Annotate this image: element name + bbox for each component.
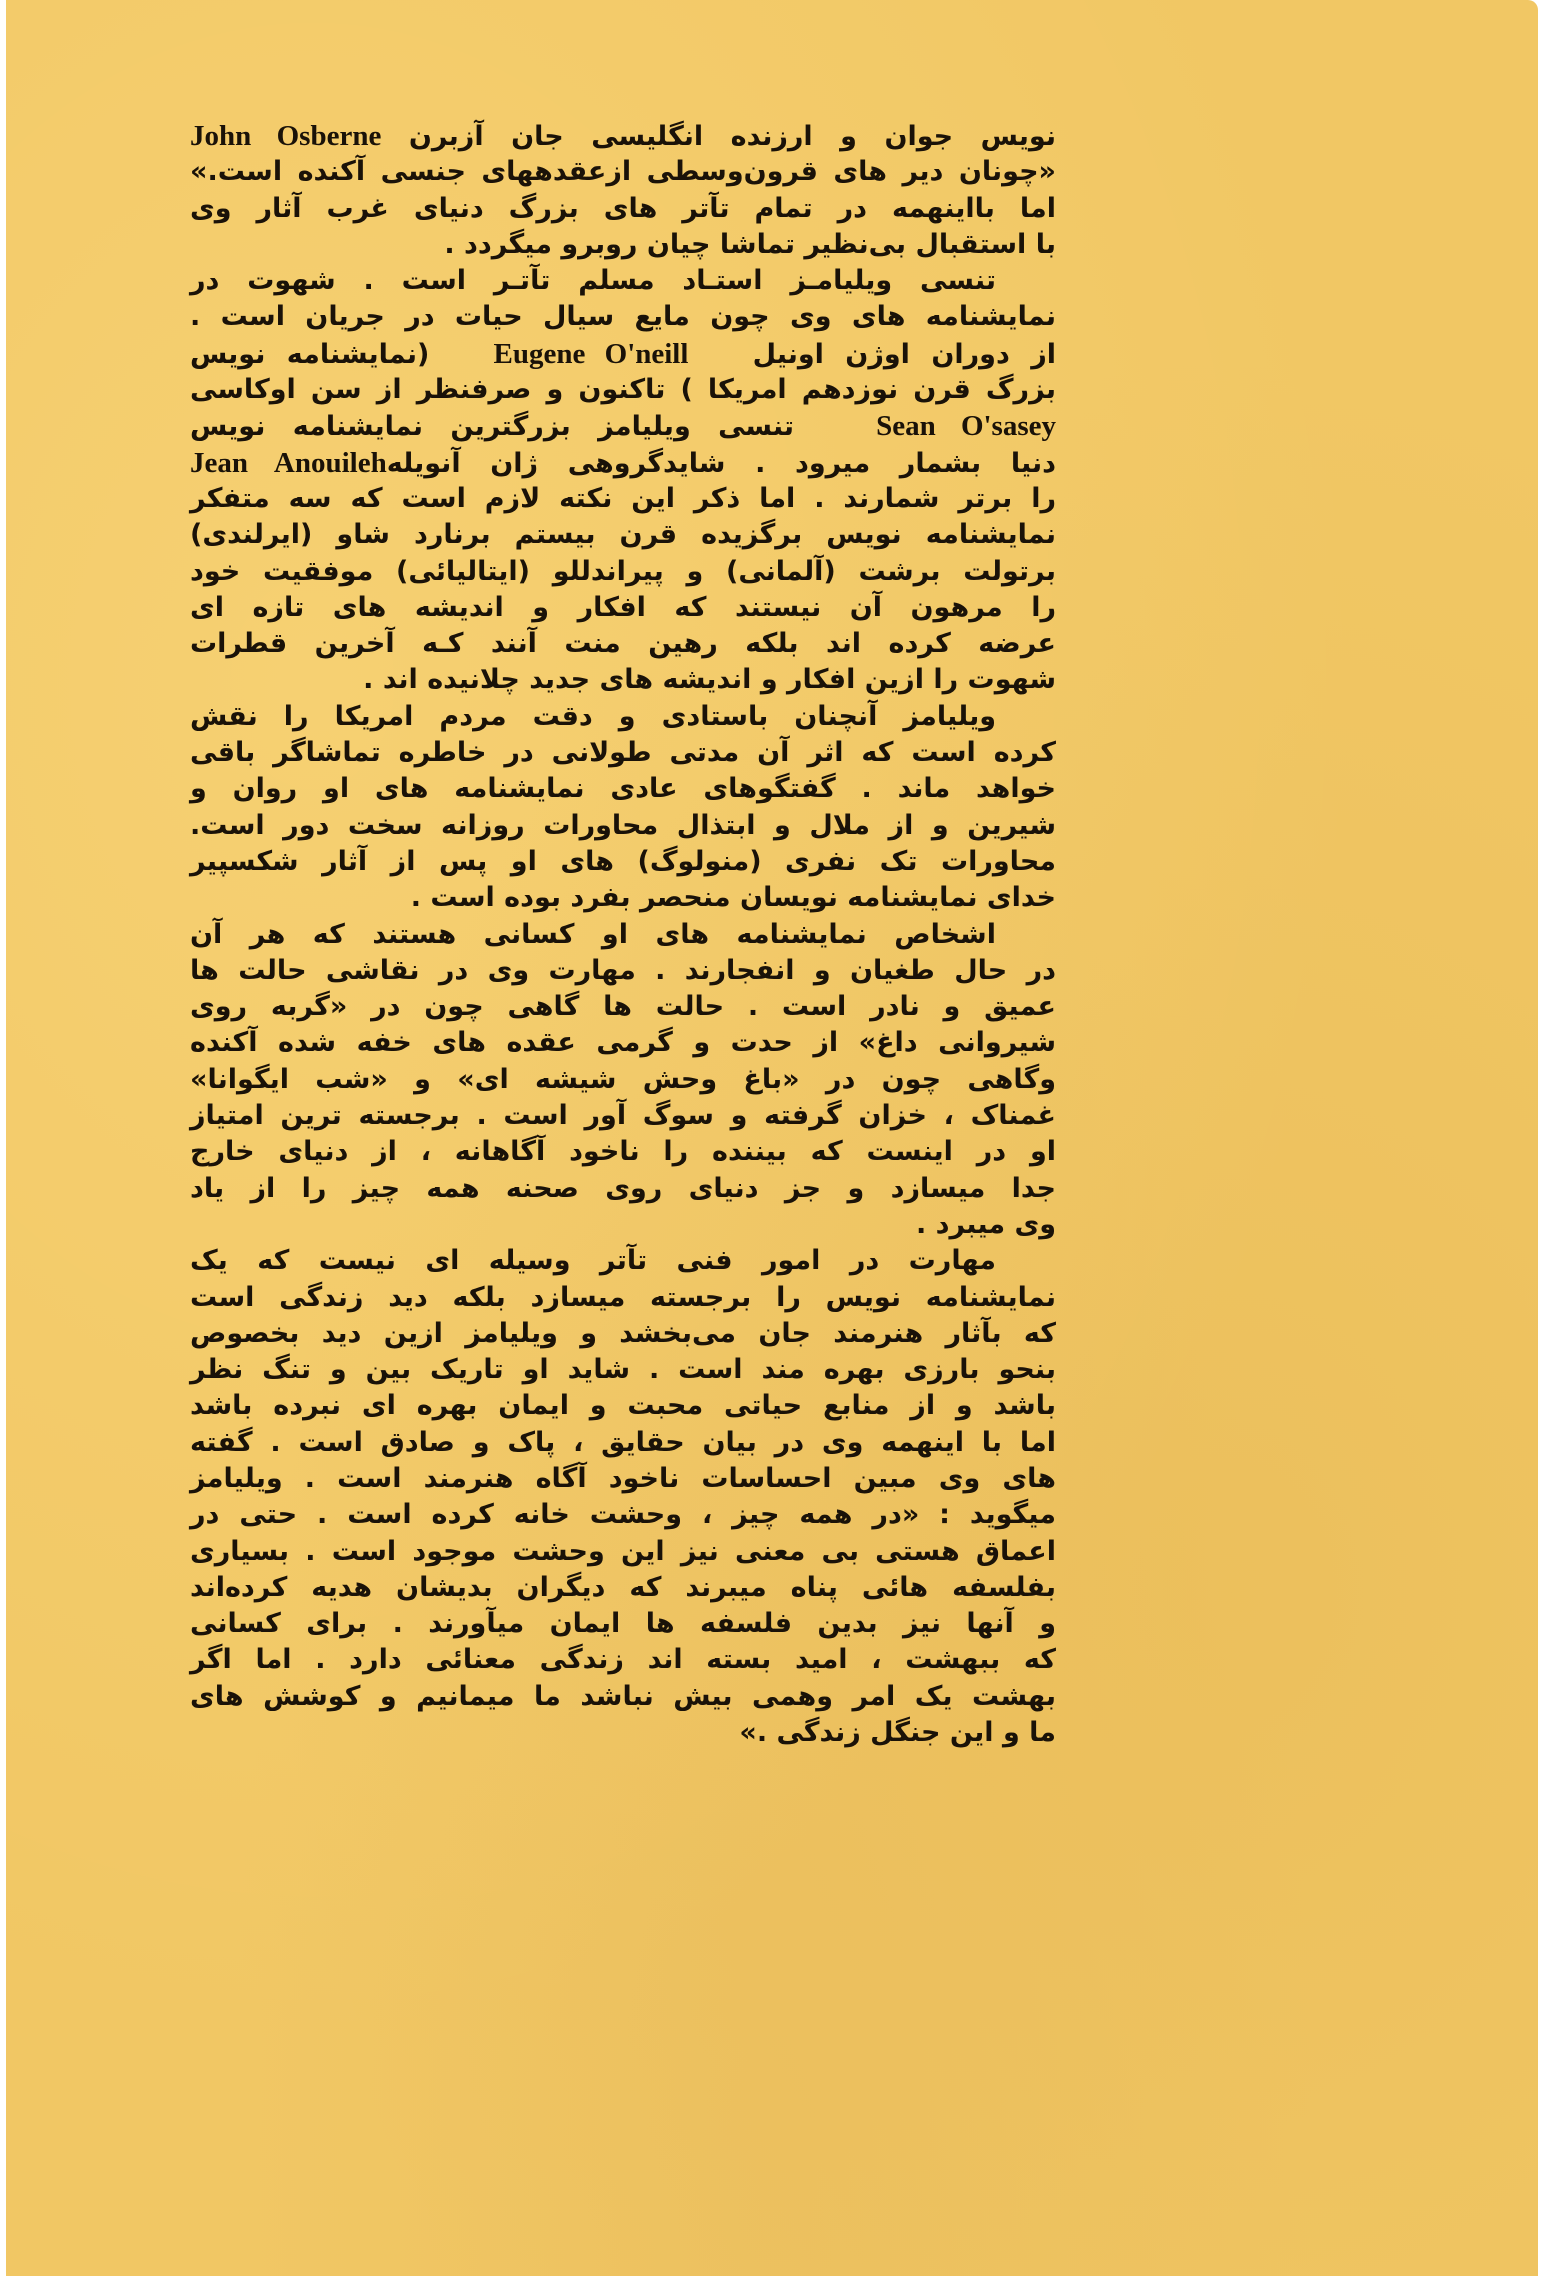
text-line: جدا میسازد و جز دنیای روی صحنه همه چیز ر…: [190, 1171, 1056, 1207]
text-line: در حال طغیان و انفجارند . مهارت وی در نق…: [190, 953, 1056, 989]
text-line: محاورات تک نفری (منولوگ) های او پس از آث…: [190, 844, 1056, 880]
text-line: با استقبال بی‌نظیر تماشا چیان روبرو میگر…: [190, 227, 1056, 263]
text-line: Sean O'sasey تنسی ویلیامز بزرگترین نمایش…: [190, 408, 1056, 444]
text-line: نمایشنامه نویس را برجسته میسازد بلکه دید…: [190, 1280, 1056, 1316]
persian-text: نویس جوان و ارزنده انگلیسی جان آزبرن: [409, 121, 1056, 152]
text-line: و آنها نیز بدین فلسفه ها ایمان میآورند .…: [190, 1606, 1056, 1642]
persian-text: از دوران اوژن اونیل: [753, 339, 1056, 370]
text-line: بهشت یک امر وهمی بیش نباشد ما میمانیم و …: [190, 1679, 1056, 1715]
text-line: بفلسفه هائی پناه میبرند که دیگران بدیشان…: [190, 1570, 1056, 1606]
text-line: از دوران اوژن اونیل Eugene O'neill (نمای…: [190, 336, 1056, 372]
text-line: ما و این جنگل زندگی .»: [190, 1715, 1056, 1751]
text-line: شیرین و از ملال و ابتذال محاورات روزانه …: [190, 808, 1056, 844]
text-line: که ببهشت ، امید بسته اند زندگی معنائی دا…: [190, 1642, 1056, 1678]
persian-text: (نمایشنامه نویس: [190, 339, 429, 370]
article-body: نویس جوان و ارزنده انگلیسی جان آزبرن Joh…: [190, 118, 1056, 1751]
text-line: که بآثار هنرمند جان می‌بخشد و ویلیامز از…: [190, 1316, 1056, 1352]
text-line: بنحو بارزی بهره مند است . شاید او تاریک …: [190, 1352, 1056, 1388]
latin-name-jean-anouileh: Jean Anouileh: [190, 447, 387, 479]
latin-name-john-osberne: John Osberne: [190, 120, 381, 152]
text-line: وی میبرد .: [190, 1207, 1056, 1243]
text-line: خدای نمایشنامه نویسان منحصر بفرد بوده اس…: [190, 880, 1056, 916]
persian-text: تنسی ویلیامز بزرگترین نمایشنامه نویس: [190, 411, 794, 442]
text-line: وگاهی چون در «باغ وحش شیشه ای» و «شب ایگ…: [190, 1062, 1056, 1098]
text-line: دنیا بشمار میرود . شایدگروهی ژان آنویلهJ…: [190, 445, 1056, 481]
text-line: بزرگ قرن نوزدهم امریکا ) تاکنون و صرفنظر…: [190, 372, 1056, 408]
text-line: عرضه کرده اند بلکه رهین منت آنند کـه آخر…: [190, 626, 1056, 662]
paper-page: نویس جوان و ارزنده انگلیسی جان آزبرن Joh…: [6, 0, 1538, 2276]
persian-text: دنیا بشمار میرود . شایدگروهی ژان آنویله: [387, 448, 1056, 479]
text-line: «چونان دیر های قرون‌وسطی ازعقدههای جنسی …: [190, 154, 1056, 190]
text-line: او در اینست که بیننده را ناخود آگاهانه ،…: [190, 1134, 1056, 1170]
text-line: نمایشنامه نویس برگزیده قرن بیستم برنارد …: [190, 517, 1056, 553]
text-line: نمایشنامه های وی چون مایع سیال حیات در ج…: [190, 299, 1056, 335]
text-line: باشد و از منابع حیاتی محبت و ایمان بهره …: [190, 1388, 1056, 1424]
text-line: میگوید : «در همه چیز ، وحشت خانه کرده اس…: [190, 1497, 1056, 1533]
text-line: شهوت را ازین افکار و اندیشه های جدید چلا…: [190, 662, 1056, 698]
text-line: برتولت برشت (آلمانی) و پیراندللو (ایتالی…: [190, 554, 1056, 590]
text-line: را برتر شمارند . اما ذکر این نکته لازم ا…: [190, 481, 1056, 517]
latin-name-sean-osasey: Sean O'sasey: [876, 410, 1056, 442]
text-line: کرده است که اثر آن مدتی طولانی در خاطره …: [190, 735, 1056, 771]
text-line: را مرهون آن نیستند که افکار و اندیشه های…: [190, 590, 1056, 626]
text-line: خواهد ماند . گفتگوهای عادی نمایشنامه های…: [190, 771, 1056, 807]
latin-name-eugene-oneill: Eugene O'neill: [494, 338, 689, 370]
text-line: عمیق و نادر است . حالت ها گاهی چون در «گ…: [190, 989, 1056, 1025]
text-line: اما با اینهمه وی در بیان حقایق ، پاک و ص…: [190, 1425, 1056, 1461]
text-line: مهارت در امور فنی تآتر وسیله ای نیست که …: [190, 1243, 1056, 1279]
text-line: اشخاص نمایشنامه های او کسانی هستند که هر…: [190, 917, 1056, 953]
text-line: شیروانی داغ» از حدت و گرمی عقده های خفه …: [190, 1025, 1056, 1061]
text-line: نویس جوان و ارزنده انگلیسی جان آزبرن Joh…: [190, 118, 1056, 154]
text-line: اما بااینهمه در تمام تآتر های بزرگ دنیای…: [190, 191, 1056, 227]
text-line: تنسی ویلیامـز استـاد مسلم تآتـر است . شه…: [190, 263, 1056, 299]
text-line: ویلیامز آنچنان باستادی و دقت مردم امریکا…: [190, 699, 1056, 735]
text-line: غمناک ، خزان گرفته و سوگ آور است . برجست…: [190, 1098, 1056, 1134]
text-line: های وی مبین احساسات ناخود آگاه هنرمند اس…: [190, 1461, 1056, 1497]
text-line: اعماق هستی بی معنی نیز این وحشت موجود اس…: [190, 1534, 1056, 1570]
